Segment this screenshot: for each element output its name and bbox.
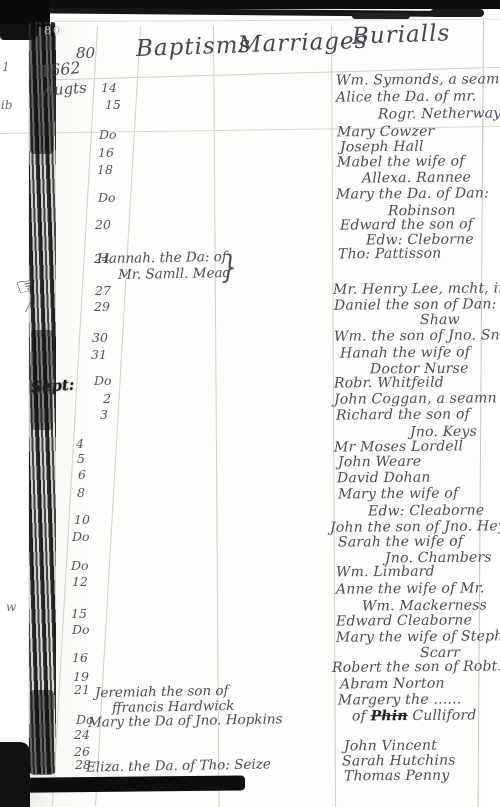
struck-word: Phin — [371, 708, 408, 724]
day-number: 16 — [98, 145, 114, 160]
burial-entry: Mary the wife of Steph: — [336, 628, 500, 646]
burial-entry: Wm. Symonds, a seamn — [336, 71, 500, 89]
day-number: 8 — [77, 485, 85, 500]
day-number: 2 — [103, 391, 111, 406]
burial-entry: Daniel the son of Dan: — [334, 296, 497, 313]
burial-entry: Edward Cleaborne — [336, 612, 472, 629]
day-number: 20 — [95, 217, 111, 232]
burial-entry: Thomas Penny — [344, 768, 450, 785]
day-number: 12 — [72, 574, 88, 589]
day-number: 15 — [71, 606, 87, 621]
column-header: Baptisms — [136, 32, 252, 62]
burial-entry: Robr. Whitfeild — [334, 375, 444, 392]
day-number: 6 — [78, 467, 86, 482]
burial-entry: Joseph Hall — [340, 139, 424, 156]
stray-mark: w — [6, 600, 16, 614]
correction-pre: of — [352, 708, 371, 724]
burial-entry: Tho: Pattisson — [338, 246, 442, 263]
day-number: 31 — [91, 347, 107, 362]
burial-entry: Sarah the wife of — [338, 533, 463, 550]
burial-entry: David Dohan — [337, 470, 431, 487]
burial-entry: Mary the Da. of Dan: — [336, 185, 489, 202]
day-number: Do — [94, 373, 112, 388]
baptism-entry: Hannah. the Da: of — [97, 249, 227, 267]
stray-mark: 1 — [2, 60, 10, 74]
day-number: Do — [71, 558, 89, 573]
burial-entry: John Coggan, a seamn — [334, 390, 497, 407]
correction-post: Culliford — [408, 707, 477, 724]
column-header: Burialls — [352, 20, 451, 49]
day-number: 18 — [97, 162, 113, 177]
bottom-left-corner-blob — [0, 742, 30, 807]
burial-entry: Abram Norton — [340, 676, 445, 693]
day-number: Do — [98, 190, 116, 205]
archive-stamp: 80 — [44, 24, 62, 37]
stray-mark: / — [26, 300, 30, 314]
burial-entry: Margery the ...... — [338, 691, 461, 708]
day-number: Do — [72, 622, 90, 637]
burial-entry: Alice the Da. of mr. — [336, 88, 477, 105]
stray-mark: ib — [1, 98, 13, 112]
burial-entry: Rogr. Netherway — [378, 105, 500, 122]
day-number: 16 — [72, 650, 88, 665]
burial-entry: Edw: Cleaborne — [368, 502, 484, 519]
register-scan: 80 80 1662 BaptismsMarriagesBurialls Aug… — [0, 0, 500, 807]
baptism-entry: Eliza. the Da. of Tho: Seize — [86, 756, 271, 775]
day-number: 4 — [76, 436, 84, 451]
month-label-august: Augts — [42, 78, 87, 99]
binding-dark-bottom — [30, 690, 54, 775]
day-number: 3 — [100, 407, 108, 422]
burial-entry: Mary the wife of — [338, 485, 458, 502]
baptism-brace: } — [222, 248, 237, 286]
burial-entry: Shaw — [420, 312, 460, 328]
burial-entry: Mabel the wife of — [337, 153, 465, 170]
day-number: 27 — [95, 283, 111, 298]
baptism-entry: Mary the Da of Jno. Hopkins — [88, 711, 283, 730]
day-number: 14 — [101, 80, 117, 95]
baptism-entry: Mr. Samll. Mead — [118, 265, 231, 283]
column-header: Marriages — [238, 28, 368, 59]
burial-entry: Robert the son of Robt. Page — [332, 658, 500, 676]
month-label-september: Sept: — [30, 376, 74, 397]
burial-entry-corrected: of Phin Culliford — [352, 707, 477, 724]
top-scan-blob-2 — [430, 9, 484, 17]
burial-entry: Anne the wife of Mr. — [336, 580, 485, 597]
top-scan-blob-1 — [352, 13, 410, 19]
day-number: 29 — [94, 299, 110, 314]
bottom-scan-bar — [0, 775, 245, 793]
burial-entry: Allexa. Rannee — [362, 170, 471, 187]
burial-entry: Mr. Henry Lee, mcht, in Ch: — [333, 280, 500, 298]
burial-entry: Richard the son of — [336, 406, 470, 423]
day-number: Do — [99, 127, 117, 142]
day-number: 21 — [74, 682, 90, 697]
burial-entry: Wm. Limbard — [336, 564, 435, 581]
day-number: 5 — [77, 451, 85, 466]
burial-entry: Hanah the wife of — [340, 344, 470, 361]
burial-entry: John Weare — [338, 454, 422, 471]
day-number: 10 — [74, 512, 90, 527]
day-number: 30 — [92, 330, 108, 345]
day-number: 15 — [105, 97, 121, 112]
day-number: Do — [72, 529, 90, 544]
burial-entry: Wm. the son of Jno. Snow — [334, 327, 500, 345]
